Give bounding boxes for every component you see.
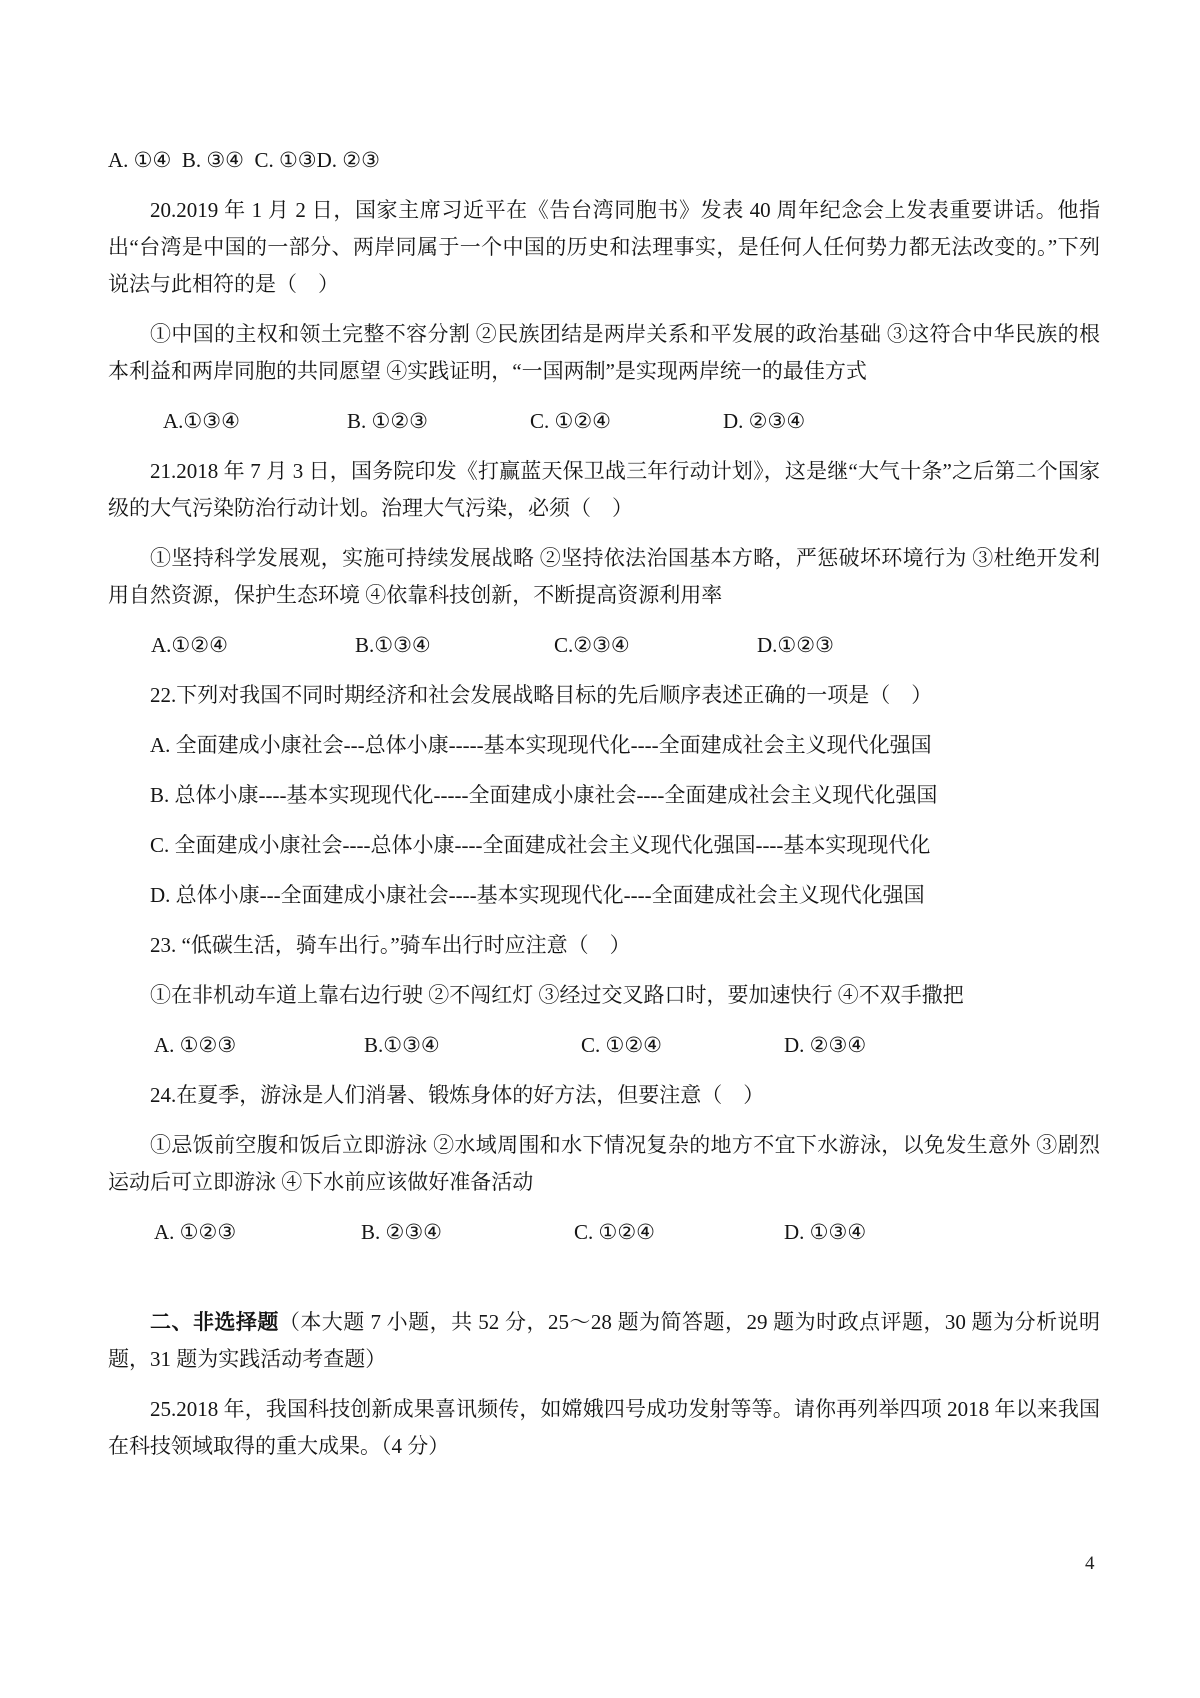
question-21-option-c: C.②③④ bbox=[554, 627, 757, 664]
question-24-stem: 24.在夏季，游泳是人们消暑、锻炼身体的好方法，但要注意（ ） bbox=[108, 1077, 1100, 1114]
question-21-items: ①坚持科学发展观，实施可持续发展战略 ②坚持依法治国基本方略，严惩破坏环境行为 … bbox=[108, 540, 1100, 614]
question-24-options-row: A. ①②③ B. ②③④ C. ①②④ D. ①③④ bbox=[108, 1214, 1100, 1251]
question-23-option-c: C. ①②④ bbox=[581, 1027, 784, 1064]
question-20-items: ①中国的主权和领土完整不容分割 ②民族团结是两岸关系和平发展的政治基础 ③这符合… bbox=[108, 316, 1100, 390]
question-20-options-row: A.①③④ B. ①②③ C. ①②④ D. ②③④ bbox=[108, 403, 1100, 440]
question-19-options-row: A. ①④ B. ③④ C. ①③D. ②③ bbox=[108, 142, 1100, 179]
question-23-option-d: D. ②③④ bbox=[784, 1027, 866, 1064]
question-25-stem: 25.2018 年，我国科技创新成果喜讯频传，如嫦娥四号成功发射等等。请你再列举… bbox=[108, 1391, 1100, 1465]
question-20-option-b: B. ①②③ bbox=[347, 403, 530, 440]
question-22-option-b: B. 总体小康----基本实现现代化-----全面建成小康社会----全面建成社… bbox=[108, 777, 1100, 814]
exam-page-body: A. ①④ B. ③④ C. ①③D. ②③ 20.2019 年 1 月 2 日… bbox=[108, 142, 1100, 1478]
question-21-option-b: B.①③④ bbox=[355, 627, 554, 664]
question-20-option-a: A.①③④ bbox=[163, 403, 347, 440]
page-number: 4 bbox=[1085, 1553, 1095, 1575]
question-23-stem: 23. “低碳生活，骑车出行。”骑车出行时应注意（ ） bbox=[108, 927, 1100, 964]
question-22-stem: 22.下列对我国不同时期经济和社会发展战略目标的先后顺序表述正确的一项是（ ） bbox=[108, 677, 1100, 714]
section-2-label: 二、非选择题 bbox=[150, 1310, 279, 1334]
question-20-stem: 20.2019 年 1 月 2 日，国家主席习近平在《告台湾同胞书》发表 40 … bbox=[108, 192, 1100, 303]
section-2-heading: 二、非选择题（本大题 7 小题，共 52 分，25～28 题为简答题，29 题为… bbox=[108, 1304, 1100, 1378]
question-23-option-b: B.①③④ bbox=[364, 1027, 581, 1064]
question-21-stem: 21.2018 年 7 月 3 日，国务院印发《打赢蓝天保卫战三年行动计划》，这… bbox=[108, 453, 1100, 527]
question-23-options-row: A. ①②③ B.①③④ C. ①②④ D. ②③④ bbox=[108, 1027, 1100, 1064]
question-23-option-a: A. ①②③ bbox=[154, 1027, 364, 1064]
question-22-option-c: C. 全面建成小康社会----总体小康----全面建成社会主义现代化强国----… bbox=[108, 827, 1100, 864]
question-21-options-row: A.①②④ B.①③④ C.②③④ D.①②③ bbox=[108, 627, 1100, 664]
question-24-items: ①忌饭前空腹和饭后立即游泳 ②水域周围和水下情况复杂的地方不宜下水游泳，以免发生… bbox=[108, 1127, 1100, 1201]
question-21-option-a: A.①②④ bbox=[151, 627, 355, 664]
question-22-option-a: A. 全面建成小康社会---总体小康-----基本实现现代化----全面建成社会… bbox=[108, 727, 1100, 764]
question-24-option-d: D. ①③④ bbox=[784, 1214, 866, 1251]
question-20-option-c: C. ①②④ bbox=[530, 403, 723, 440]
question-24-option-b: B. ②③④ bbox=[361, 1214, 574, 1251]
question-21-option-d: D.①②③ bbox=[757, 627, 834, 664]
question-22-option-d: D. 总体小康---全面建成小康社会----基本实现现代化----全面建成社会主… bbox=[108, 877, 1100, 914]
question-24-option-a: A. ①②③ bbox=[154, 1214, 361, 1251]
question-24-option-c: C. ①②④ bbox=[574, 1214, 784, 1251]
question-20-option-d: D. ②③④ bbox=[723, 403, 805, 440]
question-23-items: ①在非机动车道上靠右边行驶 ②不闯红灯 ③经过交叉路口时，要加速快行 ④不双手撒… bbox=[108, 977, 1100, 1014]
